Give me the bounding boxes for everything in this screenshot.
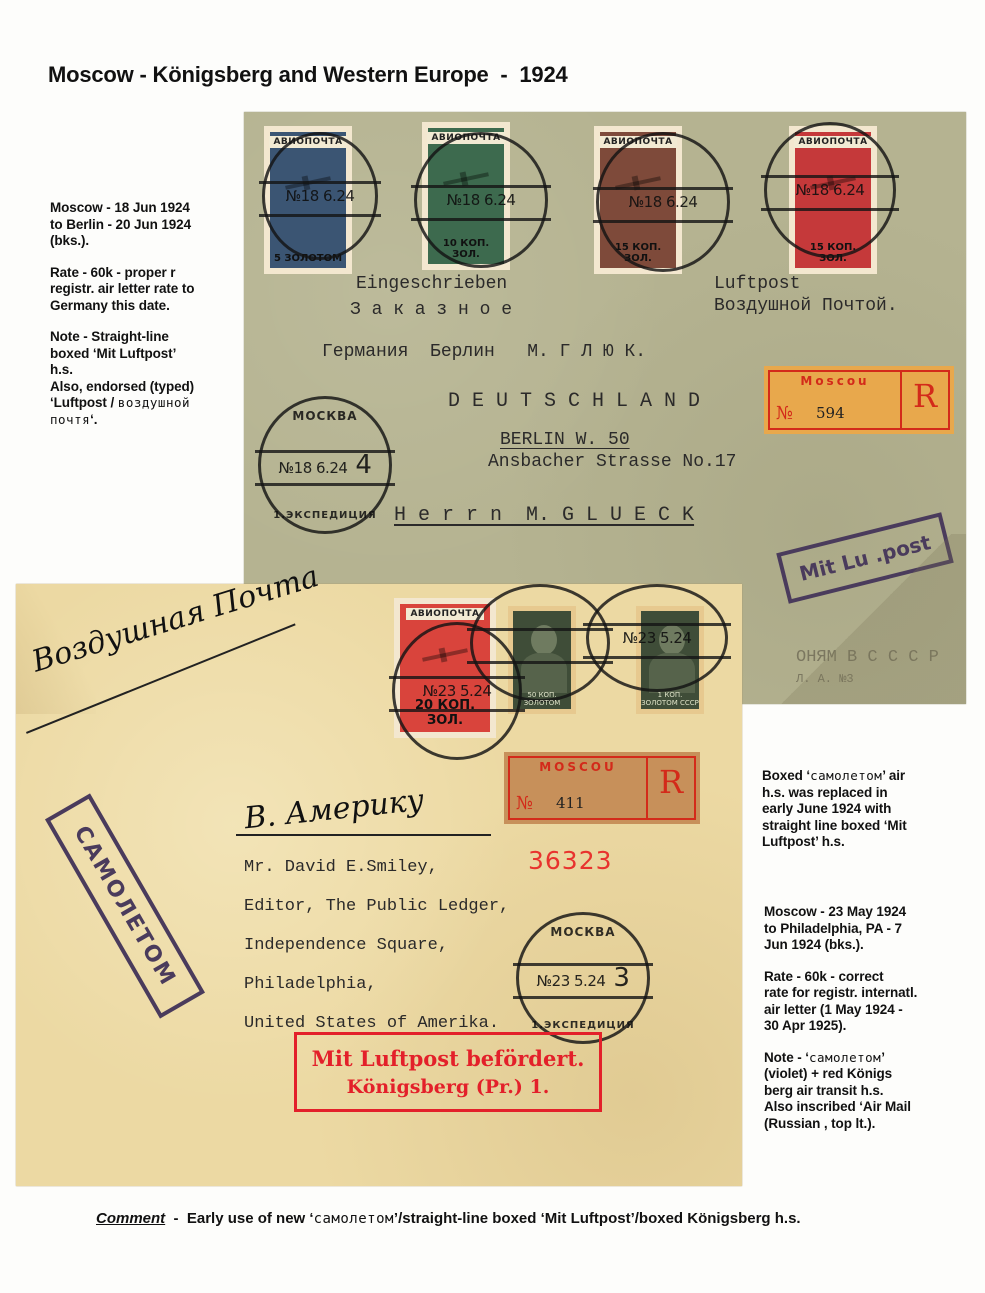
endorsement-airmail-de: Luftpost: [714, 274, 800, 294]
registration-label: Moscou № 594 R: [764, 366, 954, 434]
lower-rate-note: Rate - 60k - correct rate for registr. i…: [764, 969, 964, 1035]
postmark-cancel: №18 6.24: [414, 132, 548, 268]
registration-number-red: 36323: [528, 846, 613, 875]
endorsement-airmail-ru: Воздушной Почтой.: [714, 296, 898, 316]
handwritten-signature: В. Америку: [243, 783, 426, 837]
registered-r-mark: R: [648, 758, 694, 818]
page-title: Moscow - Königsberg and Western Europe -…: [48, 62, 568, 88]
lower-cover-philadelphia: Воздушная Почта АВИОПОЧТА 20 КОП. ЗОЛ. 5…: [16, 584, 742, 1186]
replacement-note: Boxed ‘самолетом’ air h.s. was replaced …: [762, 768, 962, 866]
upper-route-note: Moscow - 18 Jun 1924 to Berlin - 20 Jun …: [50, 200, 240, 250]
address-line: United States of Amerika.: [244, 1014, 499, 1033]
postmark-cancel: №23 5.24: [586, 584, 728, 692]
postmark-cancel: №18 6.24: [262, 132, 378, 260]
imprint-text-2: Л. А. №3: [796, 672, 854, 686]
upper-cover-notes: Moscow - 18 Jun 1924 to Berlin - 20 Jun …: [50, 200, 240, 443]
comment-line: Comment - Early use of new ‘самолетом’/s…: [96, 1210, 801, 1227]
postmark-moscow: МОСКВА №18 6.244 1.ЭКСПЕДИЦИЯ: [258, 396, 392, 534]
samoletom-handstamp: САМОЛЕТОМ: [45, 793, 205, 1018]
lower-handstamp-note: Note - ‘самолетом’ (violet) + red Königs…: [764, 1050, 964, 1133]
upper-rate-note: Rate - 60k - proper r registr. air lette…: [50, 265, 240, 315]
registered-r-mark: R: [902, 372, 948, 428]
signature-underline: [236, 834, 491, 836]
imprint-text: ОНЯМ В С С С Р: [796, 648, 939, 667]
postmark-cancel: №18 6.24: [596, 132, 730, 272]
address-line: Independence Square,: [244, 936, 448, 955]
address-line: Philadelphia,: [244, 975, 377, 994]
upper-handstamp-note: Note - Straight-line boxed ‘Mit Luftpost…: [50, 329, 240, 428]
handwritten-airmail: Воздушная Почта: [28, 559, 323, 679]
address-street: Ansbacher Strasse No.17: [488, 452, 736, 472]
mit-luftpost-handstamp: Mit Lu .post: [776, 512, 954, 604]
comment-label: Comment: [96, 1210, 165, 1227]
endorsement-registered-de: Eingeschrieben: [356, 274, 507, 294]
postmark-cancel: №18 6.24: [764, 122, 896, 258]
address-russian: Германия Берлин М. Г Л Ю К.: [322, 342, 646, 362]
konigsberg-transit-handstamp: Mit Luftpost befördert. Königsberg (Pr.)…: [294, 1032, 602, 1112]
endorsement-registered-ru: З а к а з н о е: [350, 300, 512, 320]
address-addressee: H e r r n M. G L U E C K: [394, 504, 694, 527]
address-line: Editor, The Public Ledger,: [244, 897, 509, 916]
address-line: Mr. David E.Smiley,: [244, 858, 438, 877]
registration-label: MOSCOU № 411 R: [504, 752, 700, 824]
address-country: D E U T S C H L A N D: [448, 390, 700, 413]
address-city: BERLIN W. 50: [500, 430, 630, 450]
postmark-moscow: МОСКВА №23 5.243 1.ЭКСПЕДИЦИЯ: [516, 912, 650, 1044]
lower-cover-notes: Moscow - 23 May 1924 to Philadelphia, PA…: [764, 904, 964, 1147]
lower-route-note: Moscow - 23 May 1924 to Philadelphia, PA…: [764, 904, 964, 954]
